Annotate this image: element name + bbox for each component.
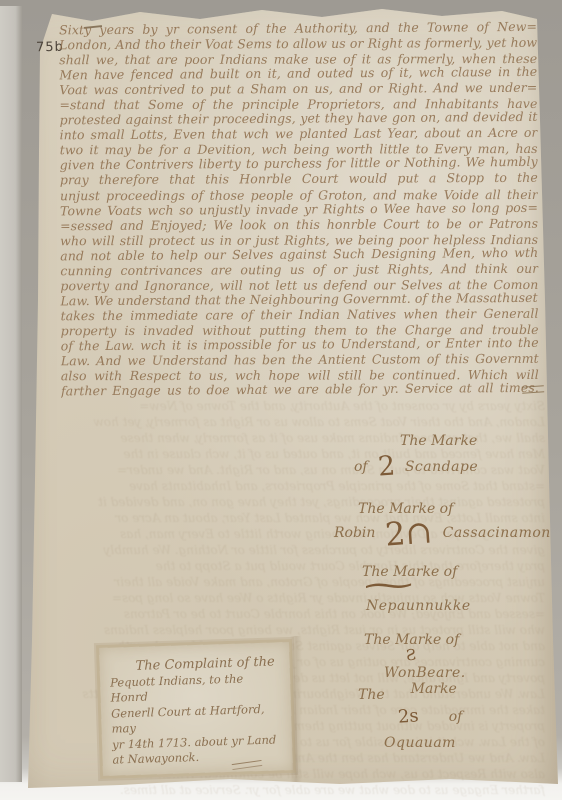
manuscript-line: cunning contrivances are outing us of or…	[60, 260, 538, 278]
signature-suffix: of	[449, 708, 463, 726]
signature-block: The Marke of Robin 2∩ Cassacinamon	[358, 500, 551, 544]
signatory-name: Scandape	[405, 458, 478, 476]
petition-body-text: Sixty years by yr consent of the Authori…	[59, 20, 539, 399]
signature-mark-icon: 2s	[397, 705, 419, 728]
signature-mark-icon: 2	[377, 455, 396, 478]
signatory-name: Oquauam	[384, 734, 456, 752]
signature-label: Marke	[411, 680, 457, 698]
signature-mark-icon: 2∩	[385, 520, 434, 545]
signature-label: The	[358, 686, 385, 704]
manuscript-line: Towne Voats wch so unjustly invade yr Ri…	[60, 199, 538, 218]
manuscript-line: London, And tho their Voat Sems to allow…	[59, 35, 537, 53]
signatory-name: Cassacinamon	[443, 524, 551, 542]
signature-block: The Marke of ~ Nepaunnukke	[362, 563, 471, 615]
manuscript-line: into small Lotts, Even that wch we plant…	[60, 125, 538, 143]
signature-label: The Marke	[400, 432, 477, 450]
manuscript-line: pray therefore that this Honrble Court w…	[60, 170, 538, 188]
docket-slip: The Complaint of thePequott Indians, to …	[96, 639, 296, 779]
signature-block: The Marke 2s of Oquauam	[358, 686, 462, 752]
signature-prefix: Robin	[334, 524, 375, 542]
signature-block: The Marke of 2 Scandape	[388, 432, 478, 478]
manuscript-line: Voat was contrived to put a Sham on us, …	[59, 80, 537, 98]
manuscript-line: farther Engage us to doe what we are abl…	[61, 380, 539, 399]
manuscript-photo: Sixty years by yr consent of the Authori…	[0, 0, 562, 800]
manuscript-line: Law. And we Understand has ben the Antie…	[61, 351, 539, 369]
fold-shadow	[290, 636, 302, 782]
backing-sheet-edge	[0, 6, 22, 782]
manuscript-line: and not able to help our Selves against …	[60, 245, 538, 264]
manuscript-line: takes the immediate care of their Indian…	[61, 306, 539, 324]
signature-block: The Marke of S WonBeare.	[364, 631, 466, 682]
signature-mark-icon: ~	[358, 575, 418, 597]
manuscript-line: =sessed and Enjoyed; We look on this hon…	[60, 215, 538, 233]
signature-prefix: of	[354, 458, 368, 476]
